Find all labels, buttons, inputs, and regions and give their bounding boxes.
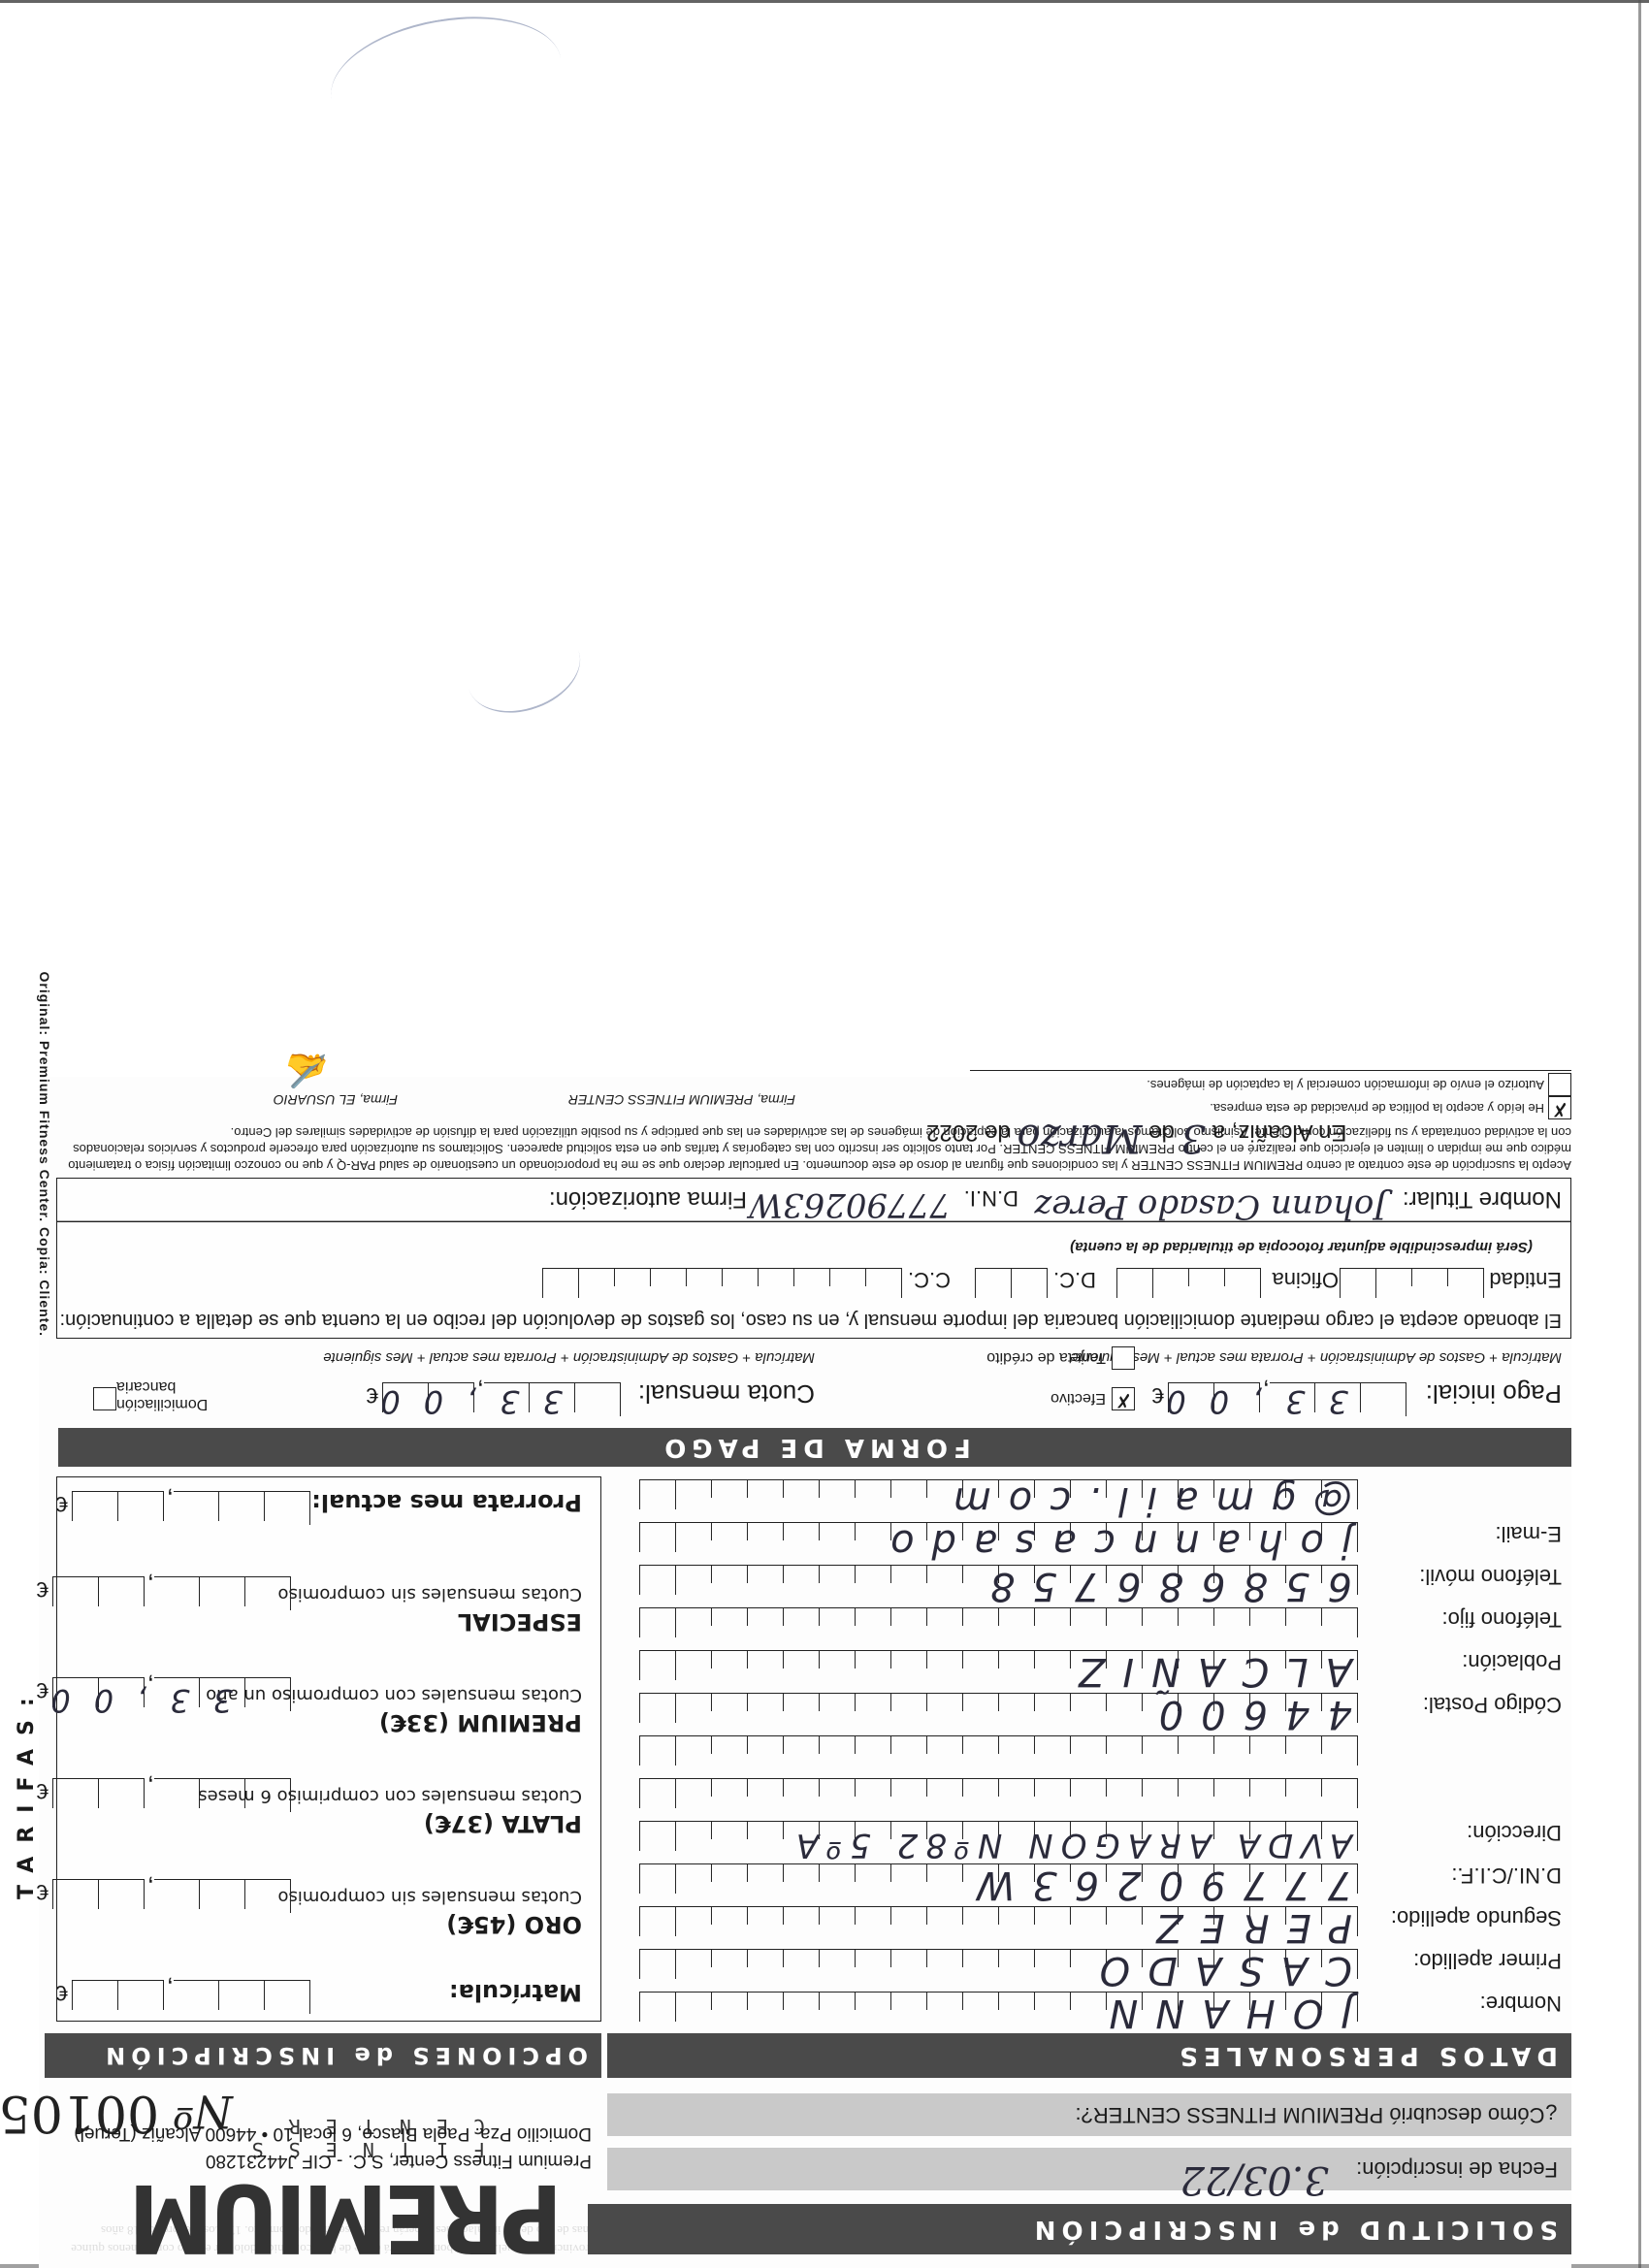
- tarifa-description: Cuotas mensuales sin compromiso: [277, 1584, 582, 1604]
- personal-field-label: Teléfono fijo:: [1441, 1606, 1562, 1632]
- abonado-text: El abonado acepta el cargo mediante domi…: [60, 1309, 1562, 1331]
- oficina-field[interactable]: [1116, 1268, 1261, 1298]
- personal-field-label: Nombre:: [1480, 1991, 1562, 2016]
- check-mark-icon: ✗: [1115, 1389, 1132, 1410]
- opciones-title: OPCIONES de INSCRIPCIÓN: [100, 2042, 588, 2069]
- stray-pen-mark: [456, 613, 593, 728]
- domiciliacion-checkbox[interactable]: [93, 1387, 116, 1410]
- personal-field-value: 658686758: [973, 1564, 1352, 1608]
- personal-field-value: @gmail.com: [936, 1478, 1352, 1523]
- como-descubrio-row: ¿Cómo descubrió PREMIUM FITNESS CENTER?:: [607, 2093, 1571, 2136]
- fecha-firma-year: de 2022: [926, 1119, 1011, 1146]
- stray-pen-mark: [321, 0, 571, 157]
- premium-logo: PREMIUM: [132, 2163, 563, 2268]
- fecha-label: Fecha de inscripción:: [1356, 2156, 1558, 2182]
- dni-label: D.N.I.: [964, 1185, 1018, 1211]
- entidad-field[interactable]: [1340, 1268, 1484, 1298]
- personal-field-input[interactable]: [639, 1735, 1358, 1766]
- opciones-header: OPCIONES de INSCRIPCIÓN: [45, 2033, 601, 2078]
- datos-personales-header: DATOS PERSONALES: [607, 2033, 1571, 2078]
- title-bar: SOLICITUD de INSCRIPCIÓN: [588, 2204, 1571, 2254]
- personal-field-value: ALCAÑIZ: [1061, 1649, 1352, 1694]
- personal-field-value: JOHANN: [1091, 1991, 1352, 2035]
- efectivo-checkbox[interactable]: ✗: [1112, 1387, 1135, 1410]
- tarifa-name: PREMIUM (33€): [379, 1709, 582, 1736]
- scan-edge-right: [1638, 0, 1641, 2268]
- personal-field-label: D.NI./C.I.F.:: [1451, 1863, 1562, 1888]
- fecha-firma-line: [970, 1070, 1571, 1071]
- datos-personales-title: DATOS PERSONALES: [1174, 2041, 1558, 2070]
- commercial-label: Autorizo el envío de información comerci…: [1147, 1078, 1544, 1092]
- personal-field-input[interactable]: [639, 1607, 1358, 1637]
- personal-field-value: johanncasado: [873, 1521, 1352, 1566]
- tarifa-amount[interactable]: ,€: [37, 1778, 291, 1812]
- fecha-firma-de: de: [1148, 1119, 1175, 1146]
- tarjeta-label: Tarjeta de crédito: [986, 1348, 1106, 1366]
- tarifa-description: Cuotas mensuales sin compromiso: [277, 1887, 582, 1907]
- form-title: SOLICITUD de INSCRIPCIÓN: [1029, 2215, 1558, 2244]
- como-label: ¿Cómo descubrió PREMIUM FITNESS CENTER?:: [1075, 2102, 1558, 2127]
- opciones-panel: [56, 1476, 601, 2022]
- pago-inicial-note: Matrícula + Gastos de Administración + P…: [1070, 1349, 1562, 1366]
- euro-sign: €: [56, 1980, 68, 2005]
- personal-field-label: E-mail:: [1496, 1521, 1562, 1546]
- fecha-inscripcion-row: Fecha de inscripción:: [607, 2148, 1571, 2190]
- tarifa-name: ORO (45€): [446, 1911, 582, 1938]
- prorrata-label: Prorrata mes actual:: [311, 1489, 582, 1516]
- fecha-firma: En Alcañiz, a 3 de Marzo de 2022: [926, 1116, 1346, 1160]
- oficina-label: Oficina: [1273, 1267, 1339, 1292]
- pago-inicial-value: 33,00: [1143, 1383, 1348, 1420]
- personal-field-label: Código Postal:: [1423, 1692, 1562, 1717]
- domiciliacion-label: Domiciliación bancaria: [116, 1377, 213, 1412]
- prorrata-amount[interactable]: ,€: [56, 1491, 310, 1525]
- privacy-label: He leído y acepto la política de privaci…: [1210, 1101, 1544, 1116]
- personal-field-value: CASADO: [1083, 1948, 1352, 1993]
- firma-autorizacion-label: Firma autorización:: [549, 1185, 747, 1213]
- tarifa-value: 33,00: [27, 1682, 233, 1719]
- tarifa-amount[interactable]: ,€: [37, 1879, 291, 1913]
- personal-field-value: 44600: [1142, 1692, 1352, 1736]
- personal-field-label: Población:: [1462, 1649, 1562, 1674]
- fecha-firma-day[interactable]: 3: [1181, 1116, 1206, 1160]
- entidad-label: Entidad: [1489, 1267, 1562, 1292]
- matricula-amount[interactable]: ,€: [56, 1980, 310, 2014]
- dni-value[interactable]: 77790263W: [749, 1185, 951, 1224]
- privacy-checkbox[interactable]: ✗: [1548, 1096, 1571, 1119]
- personal-field-label: Dirección:: [1467, 1820, 1562, 1845]
- personal-field-label: Teléfono móvil:: [1419, 1564, 1562, 1589]
- cc-label: C.C.: [908, 1267, 951, 1292]
- commercial-checkbox[interactable]: [1548, 1073, 1571, 1096]
- personal-field-value: PEREZ: [1139, 1905, 1352, 1950]
- dc-field[interactable]: [975, 1268, 1048, 1298]
- forma-pago-title: FORMA DE PAGO: [659, 1433, 971, 1462]
- forma-pago-header: FORMA DE PAGO: [58, 1428, 1571, 1467]
- dc-label: D.C.: [1053, 1267, 1096, 1292]
- tarifa-name: PLATA (37€): [424, 1810, 582, 1837]
- personal-field-label: Segundo apellido:: [1391, 1905, 1562, 1930]
- address-line: Domicilio Pza. Paola Blasco, 6 local 10 …: [74, 2122, 592, 2144]
- fecha-firma-month[interactable]: Marzo: [1017, 1116, 1142, 1160]
- euro-sign: €: [56, 1491, 68, 1516]
- cc-field[interactable]: [542, 1268, 902, 1298]
- fecha-firma-prefix: En Alcañiz, a: [1212, 1119, 1347, 1146]
- fecha-inscripcion-value[interactable]: 3.03/22: [1180, 2157, 1329, 2202]
- titular-value[interactable]: Johann Casado Perez: [1034, 1187, 1387, 1226]
- firma-centro-label: Firma, PREMIUM FITNESS CENTER: [568, 1092, 795, 1108]
- cuota-mensual-label: Cuota mensual:: [638, 1378, 815, 1409]
- personal-field-value: AVDA ARAGON Nº82 5ºA: [789, 1826, 1352, 1864]
- copy-note: Original: Premium Fitness Center. Copia:…: [37, 971, 52, 1337]
- matricula-label: Matrícula:: [449, 1979, 582, 2006]
- cuota-mensual-value: 33,00: [357, 1383, 563, 1420]
- firma-usuario-label: Firma, EL USUARIO: [274, 1092, 398, 1108]
- cuota-note: Matrícula + Gastos de Administración + P…: [323, 1349, 815, 1366]
- personal-field-value: 77790263W: [959, 1863, 1352, 1907]
- pago-inicial-label: Pago inicial:: [1426, 1378, 1562, 1409]
- check-mark-icon: ✗: [1552, 1098, 1568, 1119]
- tarifa-amount[interactable]: ,€: [37, 1576, 291, 1610]
- personal-field-input[interactable]: [639, 1778, 1358, 1808]
- registration-form: 11. Se informa al abonado que las tarifa…: [39, 1077, 1571, 2268]
- personal-field-label: Primer apellido:: [1413, 1948, 1562, 1973]
- scan-edge-top: [0, 0, 1649, 3]
- company-line: Premium Fitness Center, S.C. - CIF J4423…: [206, 2150, 592, 2171]
- titular-label: Nombre Titular:: [1403, 1185, 1562, 1213]
- efectivo-label: Efectivo: [1051, 1389, 1106, 1407]
- tarifa-name: ESPECIAL: [458, 1608, 582, 1636]
- tarjeta-checkbox[interactable]: [1112, 1346, 1135, 1370]
- fotocopia-note: (Será imprescindible adjuntar fotocopia …: [1070, 1239, 1533, 1255]
- user-signature[interactable]: ✍: [286, 1050, 330, 1090]
